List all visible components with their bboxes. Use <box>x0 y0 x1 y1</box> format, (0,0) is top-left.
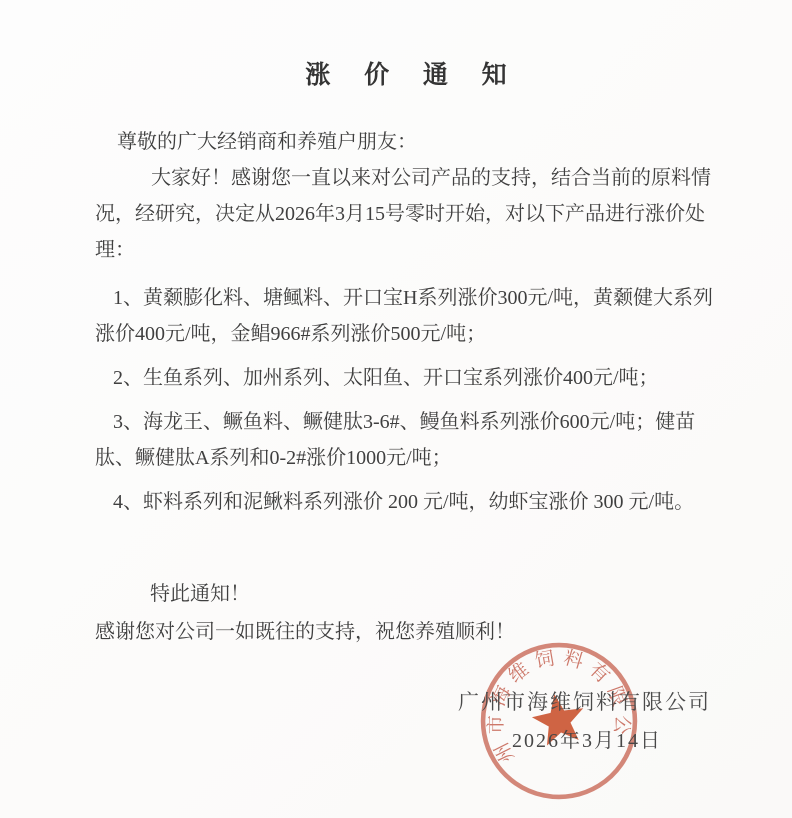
price-item-2: 2、生鱼系列、加州系列、太阳鱼、开口宝系列涨价400元/吨； <box>95 360 717 396</box>
notice-statement: 特此通知！ <box>150 576 717 612</box>
signature-date: 2026年3月14日 <box>512 724 662 753</box>
price-item-1: 1、黄颡膨化料、塘鲺料、开口宝H系列涨价300元/吨，黄颡健大系列涨价400元/… <box>95 280 717 352</box>
company-seal: 广州市海维饲料有限公司 <box>465 627 653 815</box>
document-body: 涨 价 通 知 尊敬的广大经销商和养殖户朋友： 大家好！感谢您一直以来对公司产品… <box>95 58 717 650</box>
intro-paragraph: 大家好！感谢您一直以来对公司产品的支持，结合当前的原料情况，经研究，决定从202… <box>95 160 717 268</box>
price-item-3: 3、海龙王、鳜鱼料、鳜健肽3-6#、鳗鱼料系列涨价600元/吨；健苗肽、鳜健肽A… <box>95 404 717 476</box>
price-item-4: 4、虾料系列和泥鳅料系列涨价 200 元/吨，幼虾宝涨价 300 元/吨。 <box>95 484 717 520</box>
company-seal-graphic: 广州市海维饲料有限公司 <box>465 627 653 815</box>
salutation: 尊敬的广大经销商和养殖户朋友： <box>117 124 717 160</box>
signature-company: 广州市海维饲料有限公司 <box>458 686 711 716</box>
page-title: 涨 价 通 知 <box>95 58 717 94</box>
notice-document: 涨 价 通 知 尊敬的广大经销商和养殖户朋友： 大家好！感谢您一直以来对公司产品… <box>0 0 792 818</box>
